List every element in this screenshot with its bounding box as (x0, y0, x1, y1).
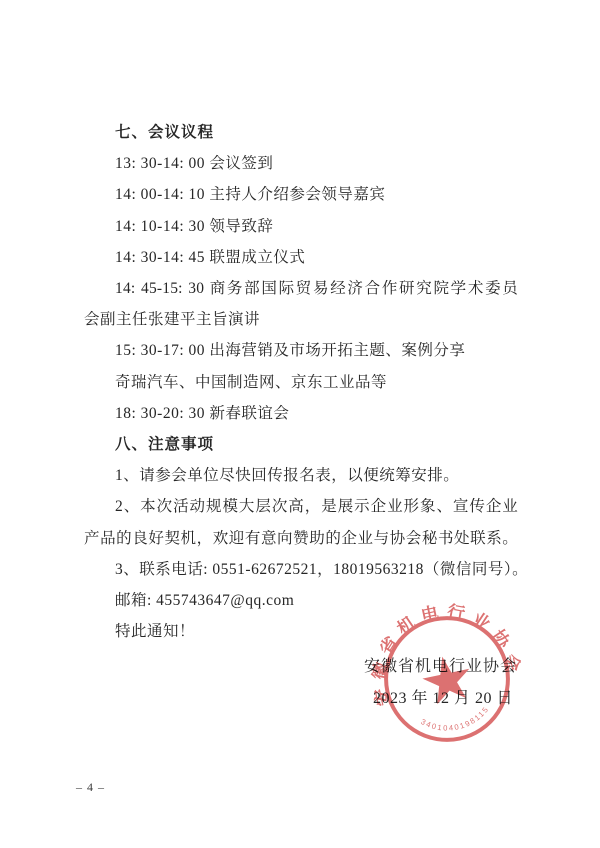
text-line: 14: 30-14: 45 联盟成立仪式 (84, 242, 518, 273)
signature-block: 安徽省机电行业协会 2023 年 12 月 20 日 (364, 651, 517, 715)
text-line: 15: 30-17: 00 出海营销及市场开拓主题、案例分享 (84, 335, 518, 366)
text-line: 18: 30-20: 30 新春联谊会 (84, 398, 518, 429)
text-line: 3、联系电话: 0551-62672521，18019563218（微信同号）。 (84, 554, 518, 585)
text-line: 七、会议议程 (84, 117, 518, 148)
text-line: 2、本次活动规模大层次高，是展示企业形象、宣传企业 (84, 491, 518, 522)
text-line: 14: 00-14: 10 主持人介绍参会领导嘉宾 (84, 179, 518, 210)
text-line: 13: 30-14: 00 会议签到 (84, 148, 518, 179)
text-line: 奇瑞汽车、中国制造网、京东工业品等 (84, 367, 518, 398)
text-line: 邮箱: 455743647@qq.com (84, 585, 518, 616)
document-body: 七、会议议程13: 30-14: 00 会议签到14: 00-14: 10 主持… (84, 117, 518, 647)
signature-org: 安徽省机电行业协会 (364, 651, 517, 683)
document-page: 七、会议议程13: 30-14: 00 会议签到14: 00-14: 10 主持… (0, 0, 600, 848)
text-line: 14: 45-15: 30 商务部国际贸易经济合作研究院学术委员 (84, 273, 518, 304)
text-line: 会副主任张建平主旨演讲 (84, 304, 518, 335)
text-line: 特此通知！ (84, 616, 518, 647)
signature-date: 2023 年 12 月 20 日 (364, 683, 517, 715)
text-line: 14: 10-14: 30 领导致辞 (84, 211, 518, 242)
page-number: – 4 – (76, 780, 105, 795)
text-line: 1、请参会单位尽快回传报名表，以便统筹安排。 (84, 460, 518, 491)
text-line: 产品的良好契机，欢迎有意向赞助的企业与协会秘书处联系。 (84, 523, 518, 554)
text-line: 八、注意事项 (84, 429, 518, 460)
